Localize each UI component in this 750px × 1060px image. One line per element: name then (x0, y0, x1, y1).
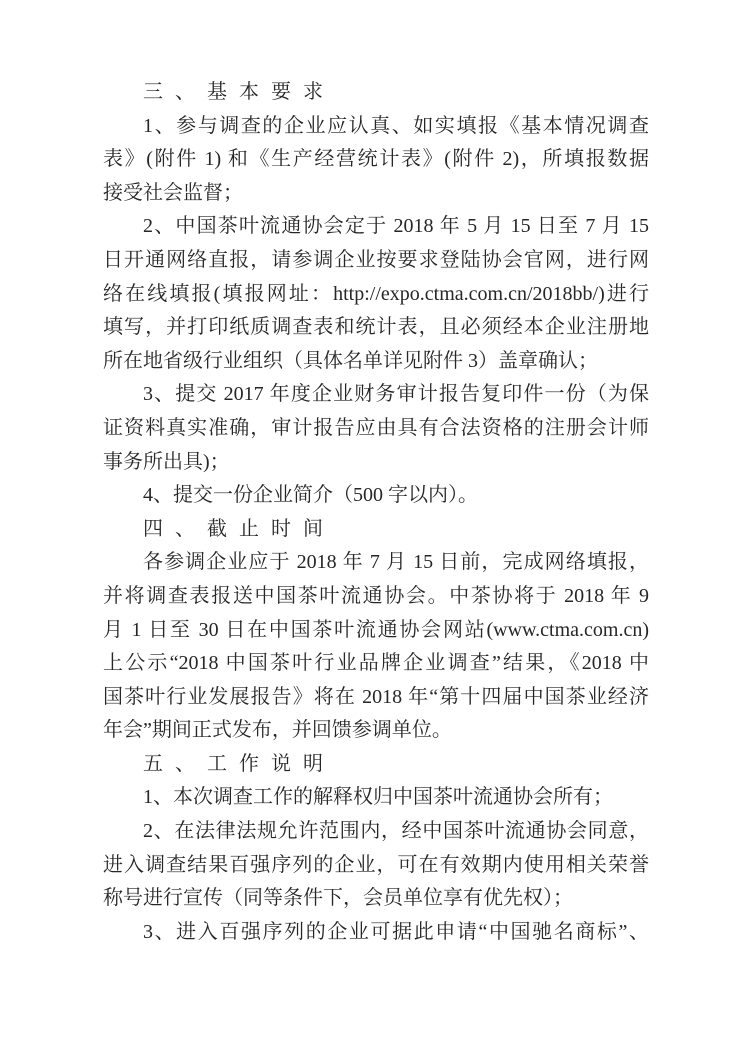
text-line: 2、在法律法规允许范围内，经中国茶叶流通协会同意， (103, 815, 649, 849)
text-line-with-url: 月 1 日至 30 日在中国茶叶流通协会网站(www.ctma.com.cn) (103, 614, 649, 648)
text-line: 1、本次调查工作的解释权归中国茶叶流通协会所有； (103, 781, 649, 815)
text-line: 3、进入百强序列的企业可据此申请“中国驰名商标”、 (103, 916, 649, 950)
text-line: 各参调企业应于 2018 年 7 月 15 日前，完成网络填报， (103, 546, 649, 580)
text-line: 1、参与调查的企业应认真、如实填报《基本情况调查 (103, 110, 649, 144)
text-line: 接受社会监督； (103, 177, 649, 211)
text-line: 3、提交 2017 年度企业财务审计报告复印件一份（为保 (103, 378, 649, 412)
text-line: 4、提交一份企业简介（500 字以内）。 (103, 479, 649, 513)
section-heading-deadline: 四、截止时间 (103, 513, 649, 547)
text-line: 填写，并打印纸质调查表和统计表，且必须经本企业注册地 (103, 311, 649, 345)
text-line: 日开通网络直报，请参调企业按要求登陆协会官网，进行网 (103, 244, 649, 278)
text-line: 进入调查结果百强序列的企业，可在有效期内使用相关荣誉 (103, 849, 649, 883)
text-line: 所在地省级行业组织（具体名单详见附件 3）盖章确认； (103, 345, 649, 379)
text-line: 称号进行宣传（同等条件下，会员单位享有优先权）； (103, 882, 649, 916)
text-line-with-url: 络在线填报(填报网址：http://expo.ctma.com.cn/2018b… (103, 278, 649, 312)
text-line: 表》(附件 1) 和《生产经营统计表》(附件 2)，所填报数据 (103, 143, 649, 177)
text-line: 国茶叶行业发展报告》将在 2018 年“第十四届中国茶业经济 (103, 681, 649, 715)
section-heading-basic-requirements: 三、基本要求 (103, 76, 649, 110)
text-line: 上公示“2018 中国茶叶行业品牌企业调查”结果，《2018 中 (103, 647, 649, 681)
document-body: 三、基本要求 1、参与调查的企业应认真、如实填报《基本情况调查 表》(附件 1)… (103, 76, 649, 949)
section-heading-work-notes: 五、工作说明 (103, 748, 649, 782)
text-line: 事务所出具)； (103, 446, 649, 480)
document-page: { "page": { "background_color": "#ffffff… (0, 0, 750, 1060)
text-line: 证资料真实准确，审计报告应由具有合法资格的注册会计师 (103, 412, 649, 446)
text-line: 年会”期间正式发布，并回馈参调单位。 (103, 714, 649, 748)
text-line: 并将调查表报送中国茶叶流通协会。中茶协将于 2018 年 9 (103, 580, 649, 614)
text-line: 2、中国茶叶流通协会定于 2018 年 5 月 15 日至 7 月 15 (103, 210, 649, 244)
